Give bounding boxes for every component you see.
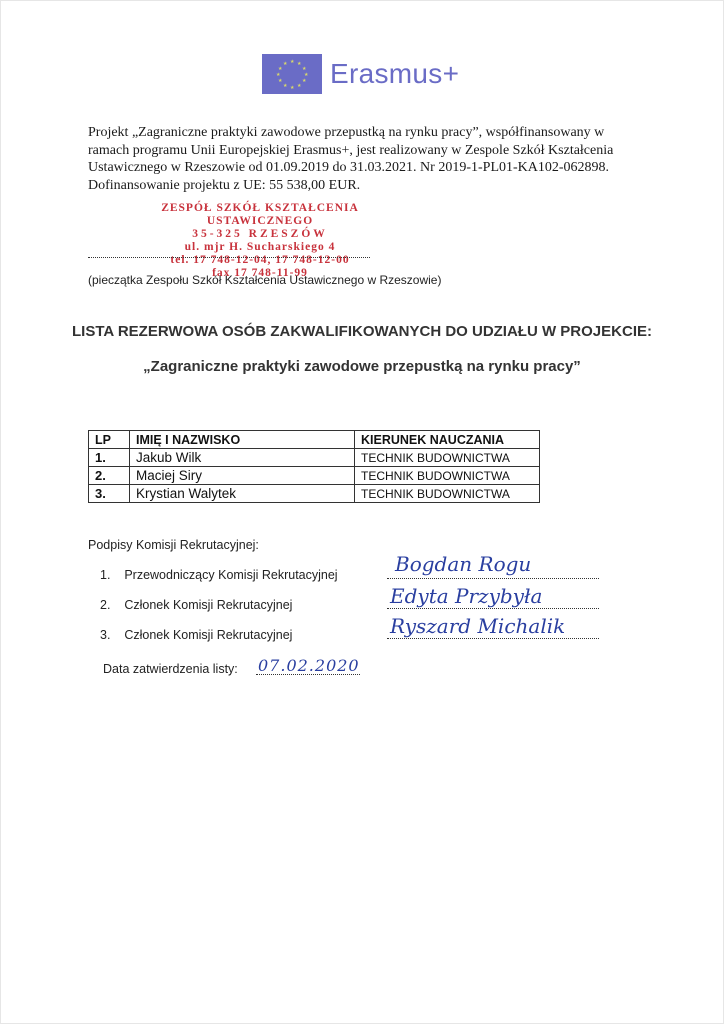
approval-date-label: Data zatwierdzenia listy:	[103, 662, 238, 676]
signature-line	[387, 608, 599, 609]
erasmus-logo: ★ ★ ★ ★ ★ ★ ★ ★ ★ ★ ★ ★ Erasmus+	[262, 54, 459, 94]
handwritten-signature: Bogdan Rogu	[395, 552, 531, 576]
cell-name: Maciej Siry	[130, 467, 355, 485]
cell-name: Jakub Wilk	[130, 449, 355, 467]
stamp-line: ul. mjr H. Sucharskiego 4	[140, 241, 380, 254]
approval-date-value: 07.02.2020	[258, 656, 360, 675]
signature-line	[387, 638, 599, 639]
stamp-line: tel. 17 748-12-04, 17 748-12-00	[140, 254, 380, 267]
signature-label-member-1: 2. Członek Komisji Rekrutacyjnej	[100, 598, 292, 612]
cell-direction: TECHNIK BUDOWNICTWA	[355, 485, 540, 503]
cell-name: Krystian Walytek	[130, 485, 355, 503]
reserve-list-table: LP IMIĘ I NAZWISKO KIERUNEK NAUCZANIA 1.…	[88, 430, 540, 503]
eu-flag-icon: ★ ★ ★ ★ ★ ★ ★ ★ ★ ★ ★ ★	[262, 54, 322, 94]
handwritten-signature: Ryszard Michalik	[390, 614, 565, 638]
cell-lp: 1.	[89, 449, 130, 467]
stamp-line: 35-325 RZESZÓW	[140, 228, 380, 241]
table-row: 2. Maciej Siry TECHNIK BUDOWNICTWA	[89, 467, 540, 485]
table-row: 3. Krystian Walytek TECHNIK BUDOWNICTWA	[89, 485, 540, 503]
signatures-title: Podpisy Komisji Rekrutacyjnej:	[88, 538, 259, 552]
header-lp: LP	[89, 431, 130, 449]
handwritten-signature: Edyta Przybyła	[390, 584, 542, 608]
signature-label-chair: 1. Przewodniczący Komisji Rekrutacyjnej	[100, 568, 338, 582]
project-intro: Projekt „Zagraniczne praktyki zawodowe p…	[88, 124, 648, 194]
stamp-caption: (pieczątka Zespołu Szkół Kształcenia Ust…	[88, 273, 441, 287]
table-header-row: LP IMIĘ I NAZWISKO KIERUNEK NAUCZANIA	[89, 431, 540, 449]
signature-label-member-2: 3. Członek Komisji Rekrutacyjnej	[100, 628, 292, 642]
table-row: 1. Jakub Wilk TECHNIK BUDOWNICTWA	[89, 449, 540, 467]
cell-lp: 3.	[89, 485, 130, 503]
cell-lp: 2.	[89, 467, 130, 485]
header-name: IMIĘ I NAZWISKO	[130, 431, 355, 449]
stamp-dotted-line	[88, 257, 370, 258]
document-subtitle: „Zagraniczne praktyki zawodowe przepustk…	[0, 358, 724, 375]
school-stamp: ZESPÓŁ SZKÓŁ KSZTAŁCENIA USTAWICZNEGO 35…	[140, 202, 380, 280]
cell-direction: TECHNIK BUDOWNICTWA	[355, 467, 540, 485]
document-title: LISTA REZERWOWA OSÓB ZAKWALIFIKOWANYCH D…	[0, 323, 724, 340]
cell-direction: TECHNIK BUDOWNICTWA	[355, 449, 540, 467]
stamp-line: ZESPÓŁ SZKÓŁ KSZTAŁCENIA USTAWICZNEGO	[140, 202, 380, 228]
logo-text: Erasmus+	[330, 58, 459, 90]
signature-line	[387, 578, 599, 579]
header-direction: KIERUNEK NAUCZANIA	[355, 431, 540, 449]
